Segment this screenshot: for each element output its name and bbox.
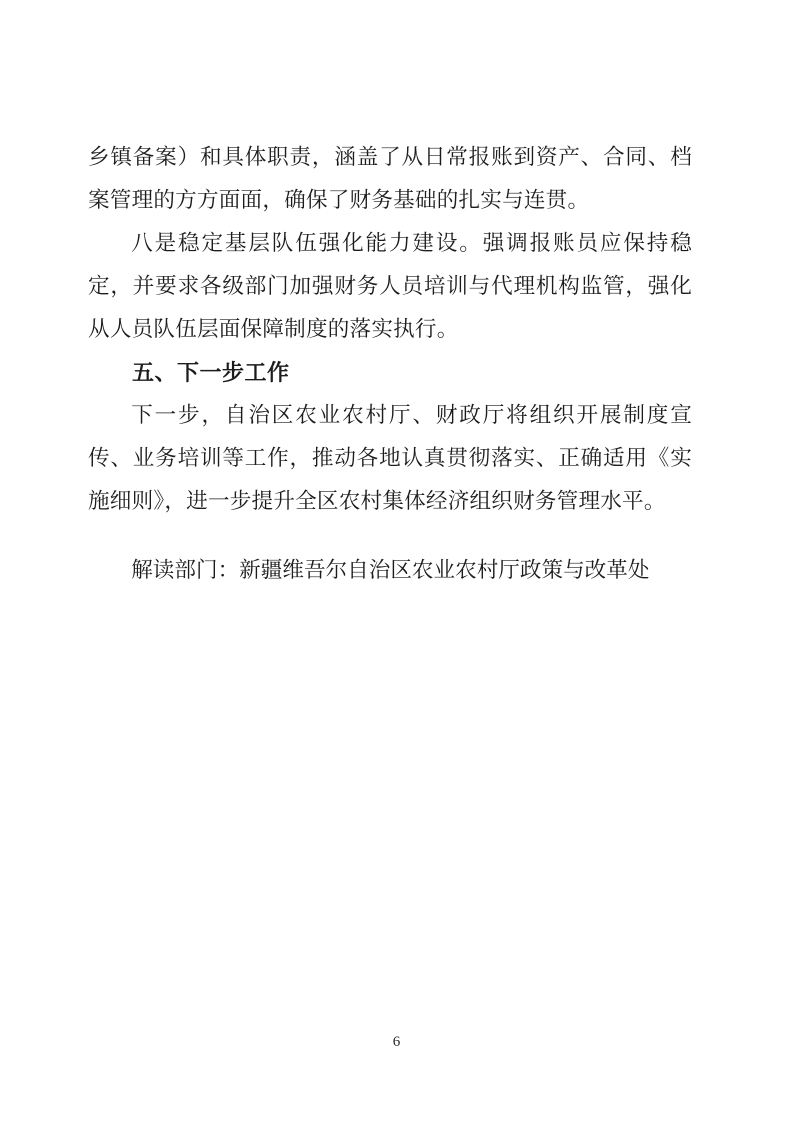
section-heading-next-step-work: 五、下一步工作 (88, 351, 692, 394)
page-number: 6 (0, 1032, 793, 1052)
interpretation-department-line: 解读部门：新疆维吾尔自治区农业农村厅政策与改革处 (88, 549, 692, 592)
document-page: 乡镇备案）和具体职责，涵盖了从日常报账到资产、合同、档案管理的方方面面，确保了财… (88, 136, 692, 592)
paragraph-continuation: 乡镇备案）和具体职责，涵盖了从日常报账到资产、合同、档案管理的方方面面，确保了财… (88, 136, 692, 222)
paragraph-point-eight: 八是稳定基层队伍强化能力建设。强调报账员应保持稳定，并要求各级部门加强财务人员培… (88, 222, 692, 351)
paragraph-next-steps: 下一步，自治区农业农村厅、财政厅将组织开展制度宣传、业务培训等工作，推动各地认真… (88, 394, 692, 523)
